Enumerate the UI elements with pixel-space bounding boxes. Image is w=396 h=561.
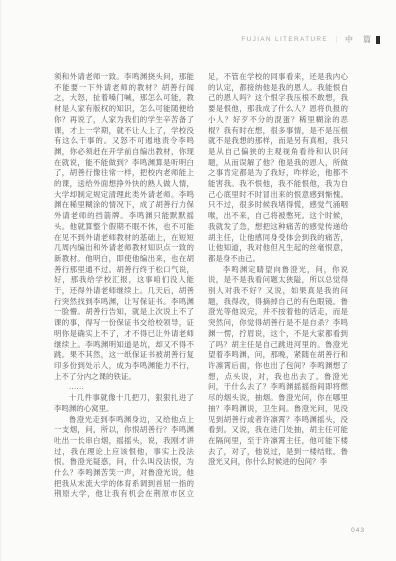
magazine-page: FUJIAN LITERATURE ｜ 中 篇 须和外请老师一致。李鸣渊挠头问，… [0,0,396,561]
paragraph: 李鸣渊定睛望向鲁澄光，问，你说说，是不是我看问题太狭隘，所以总觉得别人对我不好？… [208,265,348,468]
paragraph-continuation: 须和外请老师一致。李鸣渊挠头问，那能不能要一下外请老师的教材？胡善行闻之，大怒，… [54,72,194,382]
section-marker-icon [376,36,380,44]
journal-title: FUJIAN LITERATURE [241,36,328,43]
section-label: 中 篇 [345,34,375,45]
ellipsis-separator: …… [54,382,194,393]
page-number: 043 [351,527,365,534]
header-divider: ｜ [333,35,340,45]
article-body: 须和外请老师一致。李鸣渊挠头问，那能不能要一下外请老师的教材？胡善行闻之，大怒，… [54,72,348,509]
page-header: FUJIAN LITERATURE ｜ 中 篇 [241,34,380,45]
paragraph: 十几件事就像十几把刀，狠狠扎进了李鸣渊的心窝里。 [54,393,194,414]
